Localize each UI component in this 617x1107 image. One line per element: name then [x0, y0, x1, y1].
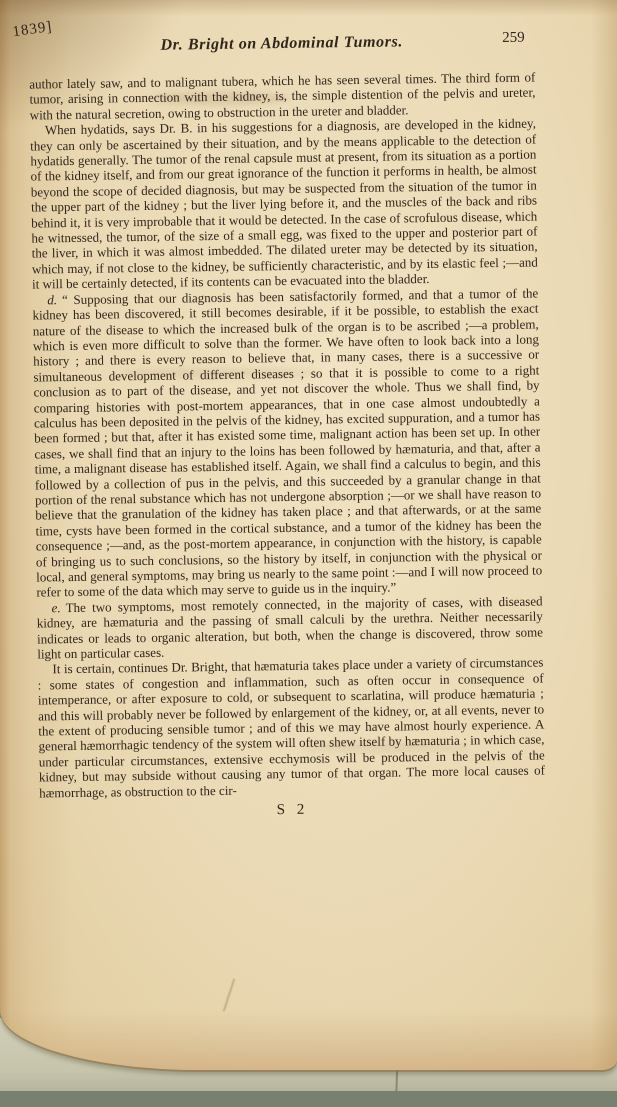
- body-text: author lately saw, and to malignant tube…: [29, 70, 545, 801]
- paragraph-d-quotation: d.“ Supposing that our diagnosis has bee…: [32, 285, 542, 600]
- paragraph-lead: e.: [52, 600, 61, 615]
- paragraph-text: “ Supposing that our diagnosis has been …: [32, 285, 542, 600]
- paragraph-text: author lately saw, and to malignant tube…: [29, 70, 535, 123]
- running-title: Dr. Bright on Abdominal Tumors.: [29, 32, 535, 57]
- scanned-book-page: 1839] Dr. Bright on Abdominal Tumors. 25…: [0, 0, 617, 1070]
- page-content: 1839] Dr. Bright on Abdominal Tumors. 25…: [28, 15, 545, 823]
- paragraph-continuation: author lately saw, and to malignant tube…: [29, 70, 536, 123]
- paragraph-text: When hydatids, says Dr. B. in his sugges…: [30, 116, 538, 292]
- paragraph-e-symptoms: e.The two symptoms, most remotely connec…: [37, 593, 544, 662]
- paragraph-text: It is certain, continues Dr. Bright, tha…: [38, 655, 545, 800]
- scanner-background-strip: [0, 1091, 617, 1107]
- page-number: 259: [502, 30, 525, 47]
- paragraph-hydatids: When hydatids, says Dr. B. in his sugges…: [30, 116, 538, 293]
- running-header: 1839] Dr. Bright on Abdominal Tumors. 25…: [28, 15, 535, 68]
- signature-mark: S 2: [39, 799, 545, 823]
- paragraph-haematuria: It is certain, continues Dr. Bright, tha…: [37, 655, 545, 801]
- paper-scratch-mark: [223, 979, 235, 1012]
- paragraph-text: The two symptoms, most remotely connecte…: [37, 593, 543, 661]
- paragraph-lead: d.: [47, 292, 57, 307]
